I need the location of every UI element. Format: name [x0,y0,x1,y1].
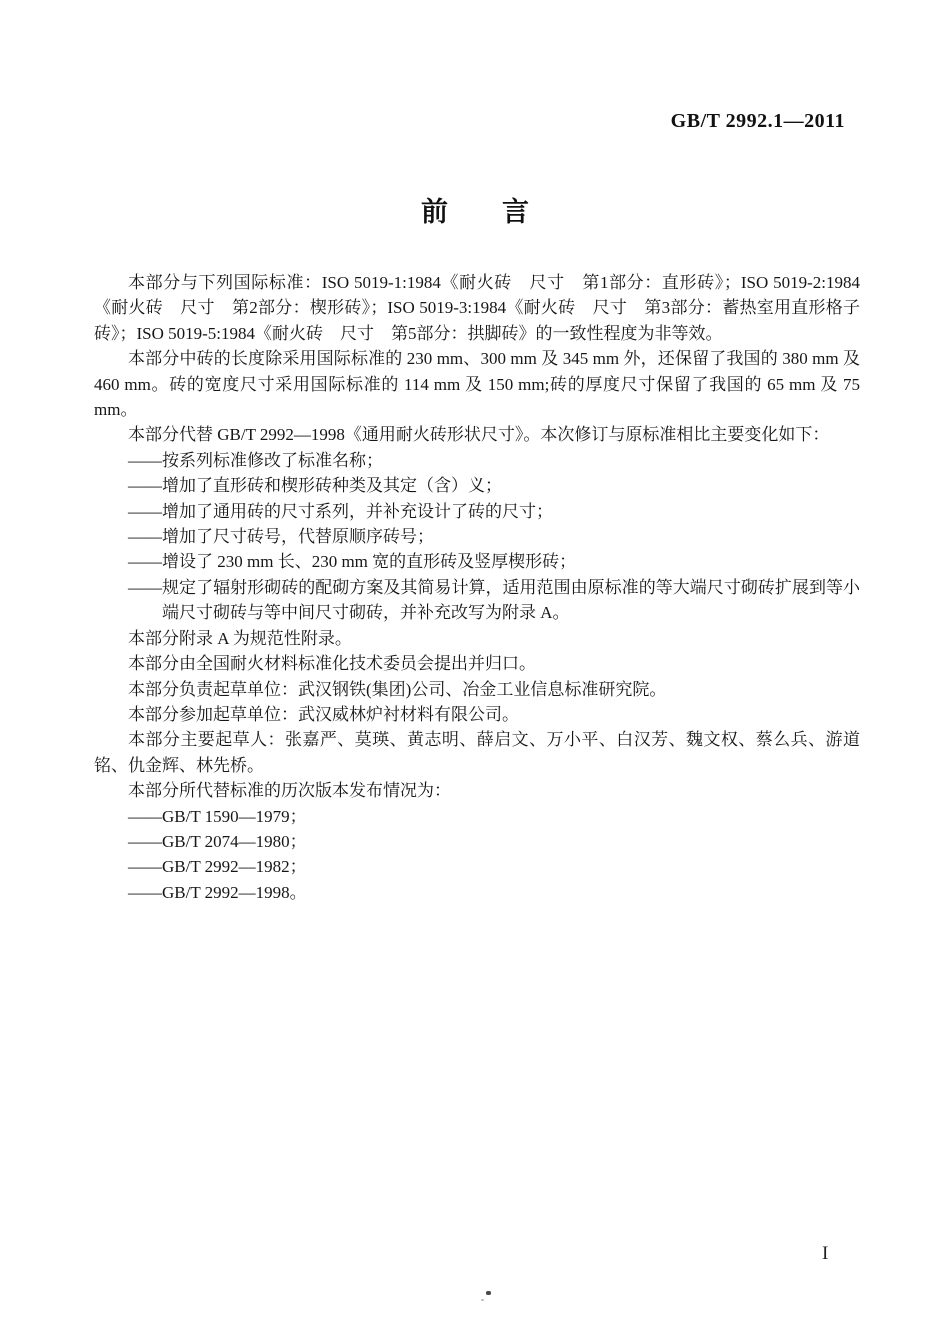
revision-change-item: ——规定了辐射形砌砖的配砌方案及其简易计算，适用范围由原标准的等大端尺寸砌砖扩展… [94,575,860,626]
previous-edition-item: ——GB/T 1590—1979； [94,804,860,829]
revision-change-item: ——增加了通用砖的尺寸系列，并补充设计了砖的尺寸； [94,499,860,524]
foreword-paragraph-replaces: 本部分代替 GB/T 2992—1998《通用耐火砖形状尺寸》。本次修订与原标准… [94,422,860,447]
foreword-paragraph-intl-standards: 本部分与下列国际标准：ISO 5019-1:1984《耐火砖 尺寸 第1部分：直… [94,270,860,346]
document-page: GB/T 2992.1—2011 前 言 本部分与下列国际标准：ISO 5019… [0,0,950,1344]
foreword-paragraph-drafting-org: 本部分负责起草单位：武汉钢铁(集团)公司、冶金工业信息标准研究院。 [94,677,860,702]
scan-artifact-speck [486,1291,491,1295]
standard-code: GB/T 2992.1—2011 [671,110,845,133]
foreword-paragraph-annex: 本部分附录 A 为规范性附录。 [94,626,860,651]
previous-edition-item: ——GB/T 2992—1998。 [94,880,860,905]
page-title: 前 言 [0,190,950,229]
foreword-paragraph-committee: 本部分由全国耐火材料标准化技术委员会提出并归口。 [94,651,860,676]
revision-change-item: ——增加了尺寸砖号，代替原顺序砖号； [94,524,860,549]
page-number: I [822,1243,828,1265]
scan-artifact-speck-faint [481,1299,484,1301]
previous-edition-item: ——GB/T 2074—1980； [94,829,860,854]
foreword-paragraph-participating-org: 本部分参加起草单位：武汉威林炉衬材料有限公司。 [94,702,860,727]
foreword-paragraph-dimensions: 本部分中砖的长度除采用国际标准的 230 mm、300 mm 及 345 mm … [94,346,860,422]
foreword-paragraph-drafters: 本部分主要起草人：张嘉严、莫瑛、黄志明、薛启文、万小平、白汉芳、魏文权、蔡么兵、… [94,727,860,778]
foreword-body: 本部分与下列国际标准：ISO 5019-1:1984《耐火砖 尺寸 第1部分：直… [94,270,860,905]
foreword-paragraph-history-intro: 本部分所代替标准的历次版本发布情况为： [94,778,860,803]
revision-change-item: ——按系列标准修改了标准名称； [94,448,860,473]
previous-edition-item: ——GB/T 2992—1982； [94,854,860,879]
revision-change-item: ——增加了直形砖和楔形砖种类及其定（含）义； [94,473,860,498]
revision-change-item: ——增设了 230 mm 长、230 mm 宽的直形砖及竖厚楔形砖； [94,549,860,574]
